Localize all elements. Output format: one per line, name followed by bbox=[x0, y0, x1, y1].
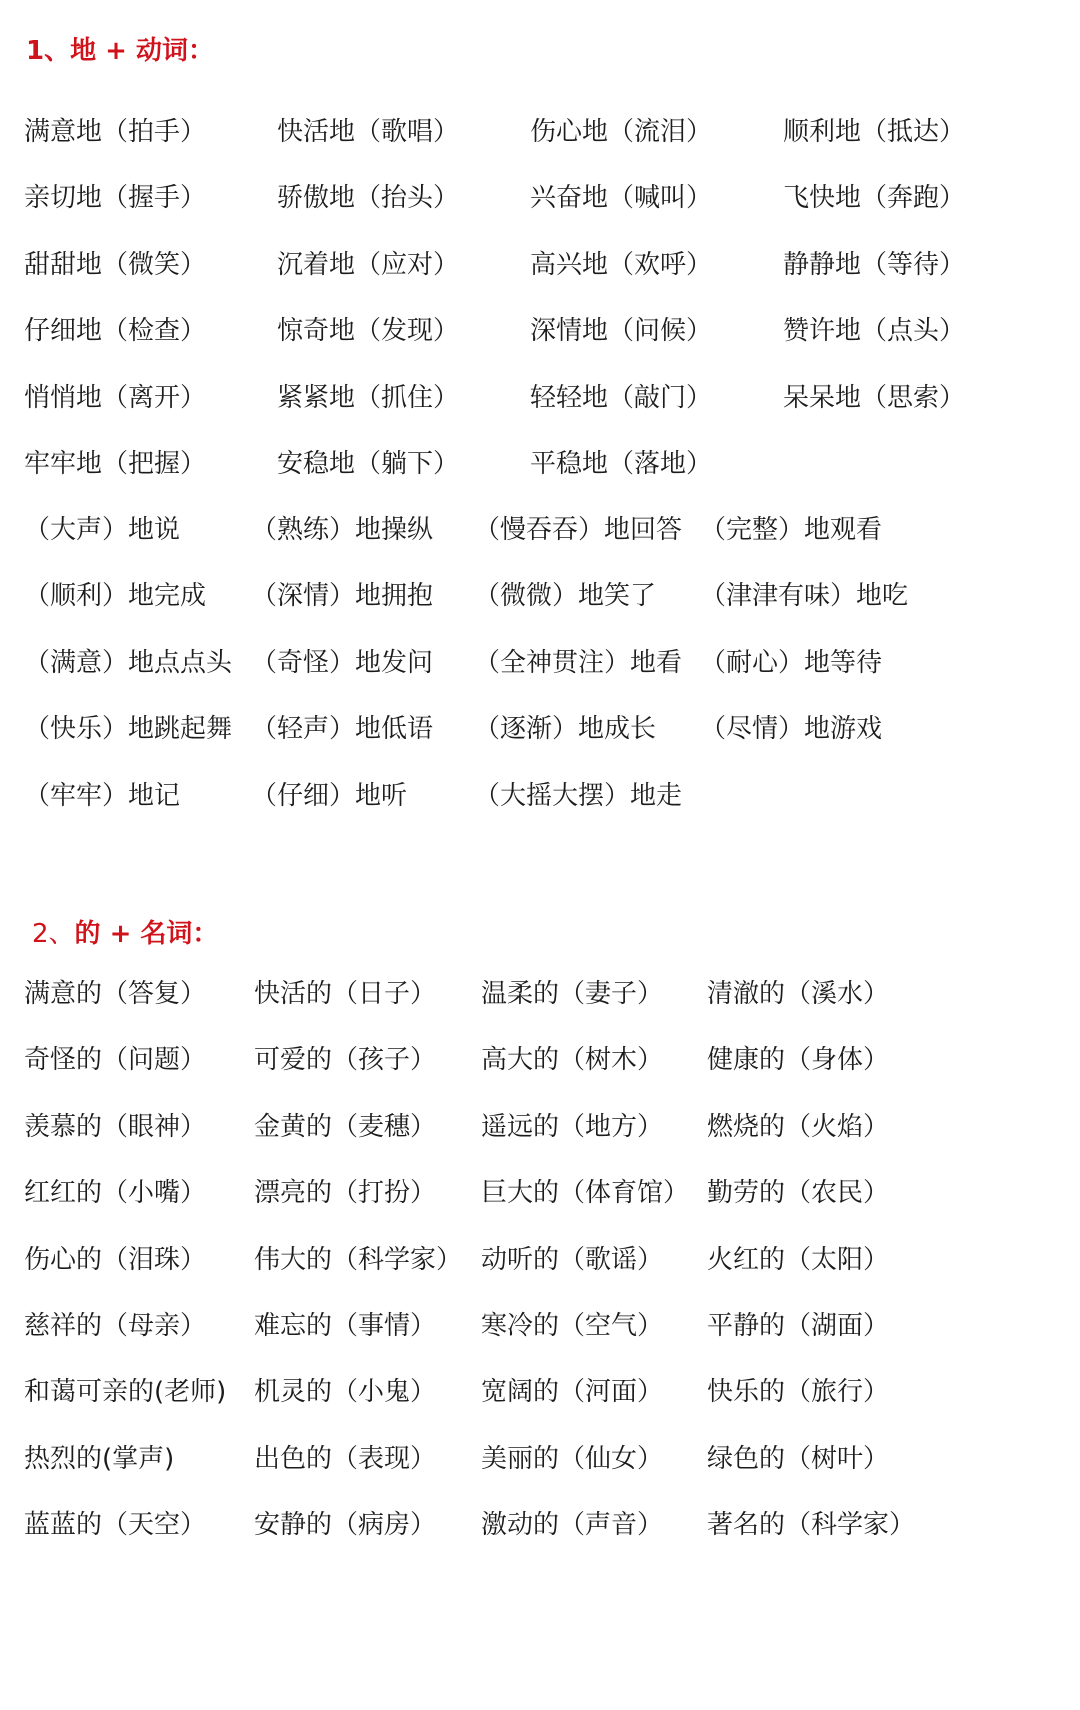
phrase-item: 清澈的（溪水） bbox=[707, 979, 889, 1009]
phrase-item: （完整）地观看 bbox=[700, 515, 882, 545]
phrase-item: 温柔的（妻子） bbox=[481, 979, 663, 1009]
phrase-item: 沉着地（应对） bbox=[277, 250, 459, 280]
phrase-item: 牢牢地（把握） bbox=[24, 449, 206, 479]
phrase-item: 平稳地（落地） bbox=[530, 449, 712, 479]
phrase-item: （快乐）地跳起舞 bbox=[24, 714, 232, 744]
section-2-title: 的 + 名词： bbox=[75, 919, 219, 949]
phrase-item: 金黄的（麦穗） bbox=[254, 1112, 436, 1142]
phrase-item: （津津有味）地吃 bbox=[700, 581, 908, 611]
phrase-item: 漂亮的（打扮） bbox=[254, 1178, 436, 1208]
phrase-item: 蓝蓝的（天空） bbox=[24, 1510, 206, 1540]
phrase-item: （深情）地拥抱 bbox=[251, 581, 433, 611]
phrase-item: 亲切地（握手） bbox=[24, 183, 206, 213]
phrase-item: 紧紧地（抓住） bbox=[277, 383, 459, 413]
phrase-item: 和蔼可亲的(老师) bbox=[24, 1377, 226, 1407]
phrase-item: （尽情）地游戏 bbox=[700, 714, 882, 744]
phrase-item: 绿色的（树叶） bbox=[707, 1444, 889, 1474]
phrase-item: （大声）地说 bbox=[24, 515, 180, 545]
phrase-item: 满意地（拍手） bbox=[24, 117, 206, 147]
phrase-item: （耐心）地等待 bbox=[700, 648, 882, 678]
phrase-item: 出色的（表现） bbox=[254, 1444, 436, 1474]
phrase-item: 赞许地（点头） bbox=[783, 316, 965, 346]
phrase-item: 快活的（日子） bbox=[254, 979, 436, 1009]
phrase-item: （满意）地点点头 bbox=[24, 648, 232, 678]
phrase-item: 安静的（病房） bbox=[254, 1510, 436, 1540]
phrase-item: 顺利地（抵达） bbox=[783, 117, 965, 147]
phrase-item: （大摇大摆）地走 bbox=[474, 781, 682, 811]
phrase-item: 满意的（答复） bbox=[24, 979, 206, 1009]
section-2-heading: 2、的 + 名词： bbox=[32, 913, 218, 950]
phrase-item: 难忘的（事情） bbox=[254, 1311, 436, 1341]
phrase-item: （轻声）地低语 bbox=[251, 714, 433, 744]
phrase-item: 高大的（树木） bbox=[481, 1045, 663, 1075]
phrase-item: 伟大的（科学家） bbox=[254, 1245, 462, 1275]
phrase-item: 深情地（问候） bbox=[530, 316, 712, 346]
phrase-item: 巨大的（体育馆） bbox=[481, 1178, 689, 1208]
phrase-item: 机灵的（小鬼） bbox=[254, 1377, 436, 1407]
phrase-item: 伤心地（流泪） bbox=[530, 117, 712, 147]
phrase-item: （奇怪）地发问 bbox=[251, 648, 433, 678]
phrase-item: 遥远的（地方） bbox=[481, 1112, 663, 1142]
phrase-item: 兴奋地（喊叫） bbox=[530, 183, 712, 213]
phrase-item: 热烈的(掌声) bbox=[24, 1444, 174, 1474]
phrase-item: 勤劳的（农民） bbox=[707, 1178, 889, 1208]
phrase-item: （微微）地笑了 bbox=[474, 581, 656, 611]
section-1-number: 1、 bbox=[26, 36, 70, 66]
phrase-item: 平静的（湖面） bbox=[707, 1311, 889, 1341]
section-2-number: 2、 bbox=[32, 919, 75, 949]
phrase-item: （熟练）地操纵 bbox=[251, 515, 433, 545]
phrase-item: 可爱的（孩子） bbox=[254, 1045, 436, 1075]
phrase-item: 激动的（声音） bbox=[481, 1510, 663, 1540]
phrase-item: （仔细）地听 bbox=[251, 781, 407, 811]
phrase-item: 健康的（身体） bbox=[707, 1045, 889, 1075]
phrase-item: 慈祥的（母亲） bbox=[24, 1311, 206, 1341]
phrase-item: （逐渐）地成长 bbox=[474, 714, 656, 744]
phrase-item: （慢吞吞）地回答 bbox=[474, 515, 682, 545]
phrase-item: 伤心的（泪珠） bbox=[24, 1245, 206, 1275]
phrase-item: 羡慕的（眼神） bbox=[24, 1112, 206, 1142]
phrase-item: 仔细地（检查） bbox=[24, 316, 206, 346]
section-1-heading: 1、地 + 动词： bbox=[26, 30, 214, 67]
phrase-item: 悄悄地（离开） bbox=[24, 383, 206, 413]
section-1-title: 地 + 动词： bbox=[70, 36, 214, 66]
phrase-item: 快活地（歌唱） bbox=[277, 117, 459, 147]
phrase-item: 惊奇地（发现） bbox=[277, 316, 459, 346]
phrase-item: （全神贯注）地看 bbox=[474, 648, 682, 678]
phrase-item: 美丽的（仙女） bbox=[481, 1444, 663, 1474]
phrase-item: 静静地（等待） bbox=[783, 250, 965, 280]
phrase-item: 宽阔的（河面） bbox=[481, 1377, 663, 1407]
phrase-item: 骄傲地（抬头） bbox=[277, 183, 459, 213]
phrase-item: 红红的（小嘴） bbox=[24, 1178, 206, 1208]
phrase-item: 安稳地（躺下） bbox=[277, 449, 459, 479]
phrase-item: 呆呆地（思索） bbox=[783, 383, 965, 413]
phrase-item: 飞快地（奔跑） bbox=[783, 183, 965, 213]
phrase-item: 甜甜地（微笑） bbox=[24, 250, 206, 280]
phrase-item: 著名的（科学家） bbox=[707, 1510, 915, 1540]
phrase-item: 高兴地（欢呼） bbox=[530, 250, 712, 280]
phrase-item: 动听的（歌谣） bbox=[481, 1245, 663, 1275]
phrase-item: 燃烧的（火焰） bbox=[707, 1112, 889, 1142]
phrase-item: （牢牢）地记 bbox=[24, 781, 180, 811]
phrase-item: 火红的（太阳） bbox=[707, 1245, 889, 1275]
phrase-item: 轻轻地（敲门） bbox=[530, 383, 712, 413]
phrase-item: 快乐的（旅行） bbox=[707, 1377, 889, 1407]
phrase-item: （顺利）地完成 bbox=[24, 581, 206, 611]
phrase-item: 奇怪的（问题） bbox=[24, 1045, 206, 1075]
phrase-item: 寒冷的（空气） bbox=[481, 1311, 663, 1341]
